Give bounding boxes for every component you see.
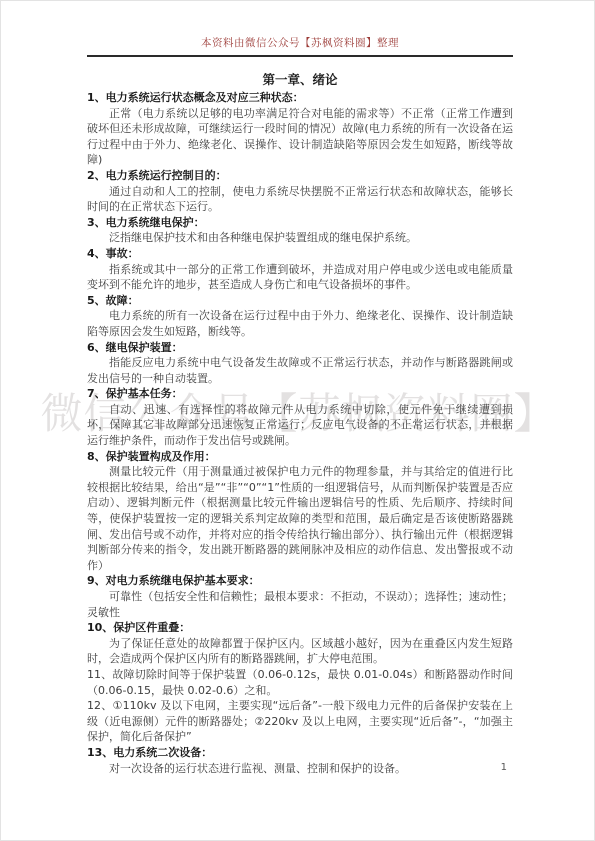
section-heading-1: 1、电力系统运行状态概念及对应三种状态： xyxy=(87,90,513,106)
section-heading-6: 6、继电保护装置： xyxy=(87,340,513,356)
section-body-10: 为了保证任意处的故障都置于保护区内。区域越小越好，因为在重叠区内发生短路时，会造… xyxy=(87,636,513,667)
section-body-12: 12、①110kv 及以下电网，主要实现“远后备”-一般下级电力元件的后备保护安… xyxy=(87,698,513,745)
section-heading-2: 2、电力系统运行控制目的： xyxy=(87,168,513,184)
document-page: 微信公众号【苏枫资料圈】 本资料由微信公众号【苏枫资料圈】整理 第一章、绪论 1… xyxy=(0,0,595,841)
section-heading-10: 10、保护区件重叠： xyxy=(87,620,513,636)
section-body-3: 泛指继电保护技术和由各种继电保护装置组成的继电保护系统。 xyxy=(87,230,513,246)
section-body-1: 正常（电力系统以足够的电功率满足符合对电能的需求等）不正常（正常工作遭到破坏但还… xyxy=(87,106,513,168)
section-heading-13: 13、电力系统二次设备： xyxy=(87,745,513,761)
chapter-title: 第一章、绪论 xyxy=(87,72,513,88)
section-body-5: 电力系统的所有一次设备在运行过程中由于外力、绝缘老化、误操作、设计制造缺陷等原因… xyxy=(87,308,513,339)
section-body-9: 可靠性（包括安全性和信赖性；最根本要求：不拒动，不误动）；选择性；速动性；灵敏性 xyxy=(87,589,513,620)
section-body-6: 指能反应电力系统中电气设备发生故障或不正常运行状态，并动作与断路器跳闸或发出信号… xyxy=(87,355,513,386)
section-body-11: 11、故障切除时间等于保护装置（0.06-0.12s，最快 0.01-0.04s… xyxy=(87,667,513,698)
section-heading-4: 4、事故： xyxy=(87,246,513,262)
section-heading-3: 3、电力系统继电保护： xyxy=(87,215,513,231)
page-content: 本资料由微信公众号【苏枫资料圈】整理 第一章、绪论 1、电力系统运行状态概念及对… xyxy=(87,35,513,776)
page-footer: 1 xyxy=(87,762,513,773)
section-heading-7: 7、保护基本任务： xyxy=(87,386,513,402)
section-heading-5: 5、故障： xyxy=(87,293,513,309)
section-body-2: 通过自动和人工的控制，使电力系统尽快摆脱不正常运行状态和故障状态，能够长时间的在… xyxy=(87,184,513,215)
sections: 1、电力系统运行状态概念及对应三种状态：正常（电力系统以足够的电功率满足符合对电… xyxy=(87,90,513,776)
page-number: 1 xyxy=(501,762,507,773)
section-body-4: 指系统或其中一部分的正常工作遭到破坏，并造成对用户停电或少送电或电能质量变坏到不… xyxy=(87,262,513,293)
page-header: 本资料由微信公众号【苏枫资料圈】整理 xyxy=(87,35,513,57)
section-heading-8: 8、保护装置构成及作用： xyxy=(87,449,513,465)
section-body-7: 自动、迅速、有选择性的将故障元件从电力系统中切除，使元件免于继续遭到损坏，保障其… xyxy=(87,402,513,449)
section-heading-9: 9、对电力系统继电保护基本要求： xyxy=(87,573,513,589)
section-body-8: 测量比较元件（用于测量通过被保护电力元件的物理参量，并与其给定的值进行比较根据比… xyxy=(87,464,513,573)
